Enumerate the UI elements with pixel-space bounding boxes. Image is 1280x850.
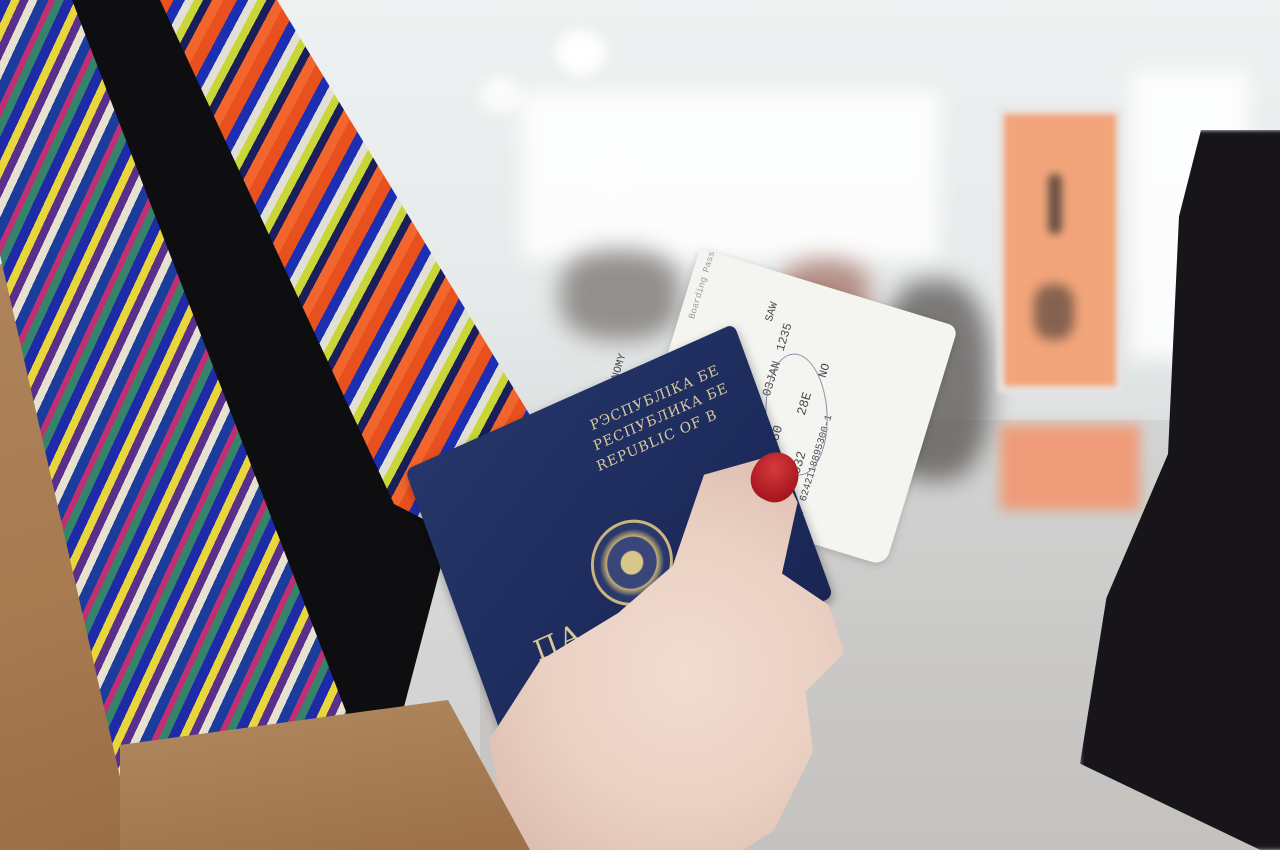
orange-sign — [998, 108, 1122, 392]
departure-time: 1235 — [774, 321, 796, 353]
blurred-people — [560, 250, 680, 340]
ceiling-light — [595, 160, 631, 194]
ceiling-light — [480, 76, 522, 114]
boarding-pass-header: Boarding Pass — [687, 250, 717, 320]
orange-barrier — [1000, 425, 1140, 510]
terminal-window — [520, 90, 940, 260]
airport-code: SAW — [764, 301, 781, 323]
photo-scene: Boarding Pass ECONOMY ATHENS ISTANBUL SA… — [0, 0, 1280, 850]
ceiling-light — [556, 30, 606, 76]
